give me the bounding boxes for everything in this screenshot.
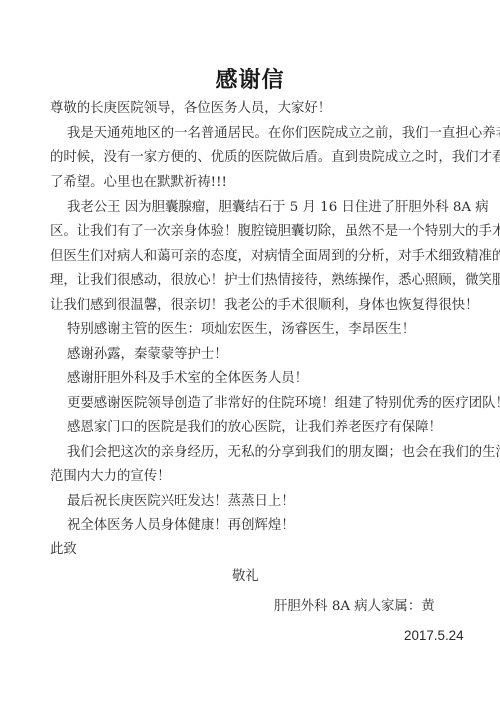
paragraph-line: 范围内大力的宣传！	[50, 468, 171, 486]
salutation: 尊敬的长庚医院领导，各位医务人员，大家好！	[50, 100, 331, 118]
paragraph-line: 祝全体医务人员身体健康！再创辉煌！	[67, 517, 295, 535]
paragraph-line: 了希望。心里也在默默祈祷!!!	[50, 174, 227, 192]
paragraph-line: 理，让我们很感动，很放心！护士们热情接待，熟练操作，悉心照顾，微笑服务	[50, 272, 500, 290]
paragraph-line: 让我们感到很温馨，很亲切！我老公的手术很顺利，身体也恢复得很快！	[50, 297, 479, 315]
paragraph-line: 我是天通苑地区的一名普通居民。在你们医院成立之前，我们一直担心养老	[67, 125, 500, 143]
letter-date: 2017.5.24	[404, 627, 464, 645]
signature: 肝胆外科 8A 病人家属：黄	[274, 598, 435, 616]
paragraph-line: 我们会把这次的亲身经历，无私的分享到我们的朋友圈；也会在我们的生活	[67, 444, 500, 462]
paragraph-line: 区。让我们有了一次亲身体验！腹腔镜胆囊切除，虽然不是一个特别大的手术，	[50, 223, 500, 241]
paragraph-line: 更要感谢医院领导创造了非常好的住院环境！组建了特别优秀的医疗团队！	[67, 395, 500, 413]
paragraph-line: 感恩家门口的医院是我们的放心医院，让我们养老医疗有保障！	[67, 419, 442, 437]
paragraph-line: 感谢孙露，秦蒙蒙等护士！	[67, 346, 228, 364]
letter-title: 感谢信	[0, 63, 500, 94]
paragraph-line: 但医生们对病人和蔼可亲的态度，对病情全面周到的分析，对手术细致精准的处	[50, 248, 500, 266]
paragraph-line: 最后祝长庚医院兴旺发达！蒸蒸日上！	[67, 493, 295, 511]
paragraph-line: 感谢肝胆外科及手术室的全体医务人员！	[67, 370, 308, 388]
closing: 此致	[50, 541, 77, 559]
paragraph-line: 的时候，没有一家方便的、优质的医院做后盾。直到贵院成立之时，我们才看到	[50, 149, 500, 167]
regards: 敬礼	[232, 568, 259, 586]
paragraph-line: 特别感谢主管的医生：项灿宏医生，汤睿医生，李昂医生！	[67, 321, 415, 339]
paragraph-line: 我老公王 因为胆囊腺瘤，胆囊结石于 5 月 16 日住进了肝胆外科 8A 病	[67, 199, 489, 217]
